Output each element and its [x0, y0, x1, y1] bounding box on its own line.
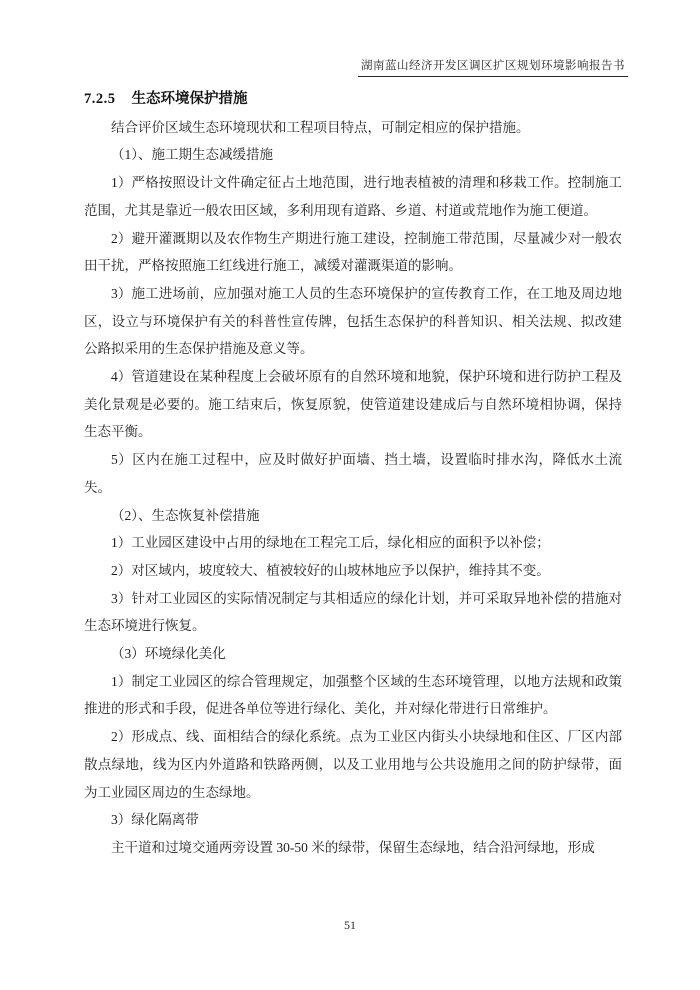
paragraph: 2）形成点、线、面相结合的绿化系统。点为工业区内街头小块绿地和住区、厂区内部散点… — [84, 723, 622, 806]
page-number: 51 — [344, 918, 356, 932]
paragraph: 1）制定工业园区的综合管理规定，加强整个区域的生态环境管理，以地方法规和政策推进… — [84, 668, 622, 723]
section-number: 7.2.5 — [84, 91, 116, 107]
paragraph: 1）严格按照设计文件确定征占土地范围，进行地表植被的清理和移栽工作。控制施工范围… — [84, 169, 622, 224]
paragraph: 主干道和过境交通两旁设置 30-50 米的绿带，保留生态绿地，结合沿河绿地，形成 — [84, 834, 622, 862]
section-title: 生态环境保护措施 — [132, 91, 248, 107]
document-body: 7.2.5生态环境保护措施 结合评价区域生态环境现状和工程项目特点，可制定相应的… — [84, 86, 622, 862]
paragraph: 4）管道建设在某种程度上会破坏原有的自然环境和地貌，保护环境和进行防护工程及美化… — [84, 363, 622, 446]
paragraph-subheading: （3）环境绿化美化 — [84, 640, 622, 668]
document-page: 湖南蓝山经济开发区调区扩区规划环境影响报告书 7.2.5生态环境保护措施 结合评… — [0, 0, 700, 990]
paragraph-subheading: 3）绿化隔离带 — [84, 806, 622, 834]
paragraph: 结合评价区域生态环境现状和工程项目特点，可制定相应的保护措施。 — [84, 114, 622, 142]
section-heading: 7.2.5生态环境保护措施 — [84, 86, 622, 114]
paragraph: 2）对区域内，坡度较大、植被较好的山坡林地应予以保护，维持其不变。 — [84, 557, 622, 585]
page-footer: 51 — [0, 918, 700, 933]
paragraph: 3）施工进场前，应加强对施工人员的生态环境保护的宣传教育工作，在工地及周边地区，… — [84, 280, 622, 363]
paragraph: 1）工业园区建设中占用的绿地在工程完工后，绿化相应的面积予以补偿； — [84, 529, 622, 557]
running-header: 湖南蓝山经济开发区调区扩区规划环境影响报告书 — [0, 57, 628, 77]
paragraph: 2）避开灌溉期以及农作物生产期进行施工建设，控制施工带范围，尽量减少对一般农田干… — [84, 225, 622, 280]
paragraph-subheading: （1）、施工期生态减缓措施 — [84, 141, 622, 169]
paragraph: 3）针对工业园区的实际情况制定与其相适应的绿化计划，并可采取异地补偿的措施对生态… — [84, 585, 622, 640]
running-header-text: 湖南蓝山经济开发区调区扩区规划环境影响报告书 — [358, 57, 628, 77]
paragraph: 5）区内在施工过程中，应及时做好护面墙、挡土墙，设置临时排水沟，降低水土流失。 — [84, 446, 622, 501]
paragraph-subheading: （2）、生态恢复补偿措施 — [84, 502, 622, 530]
